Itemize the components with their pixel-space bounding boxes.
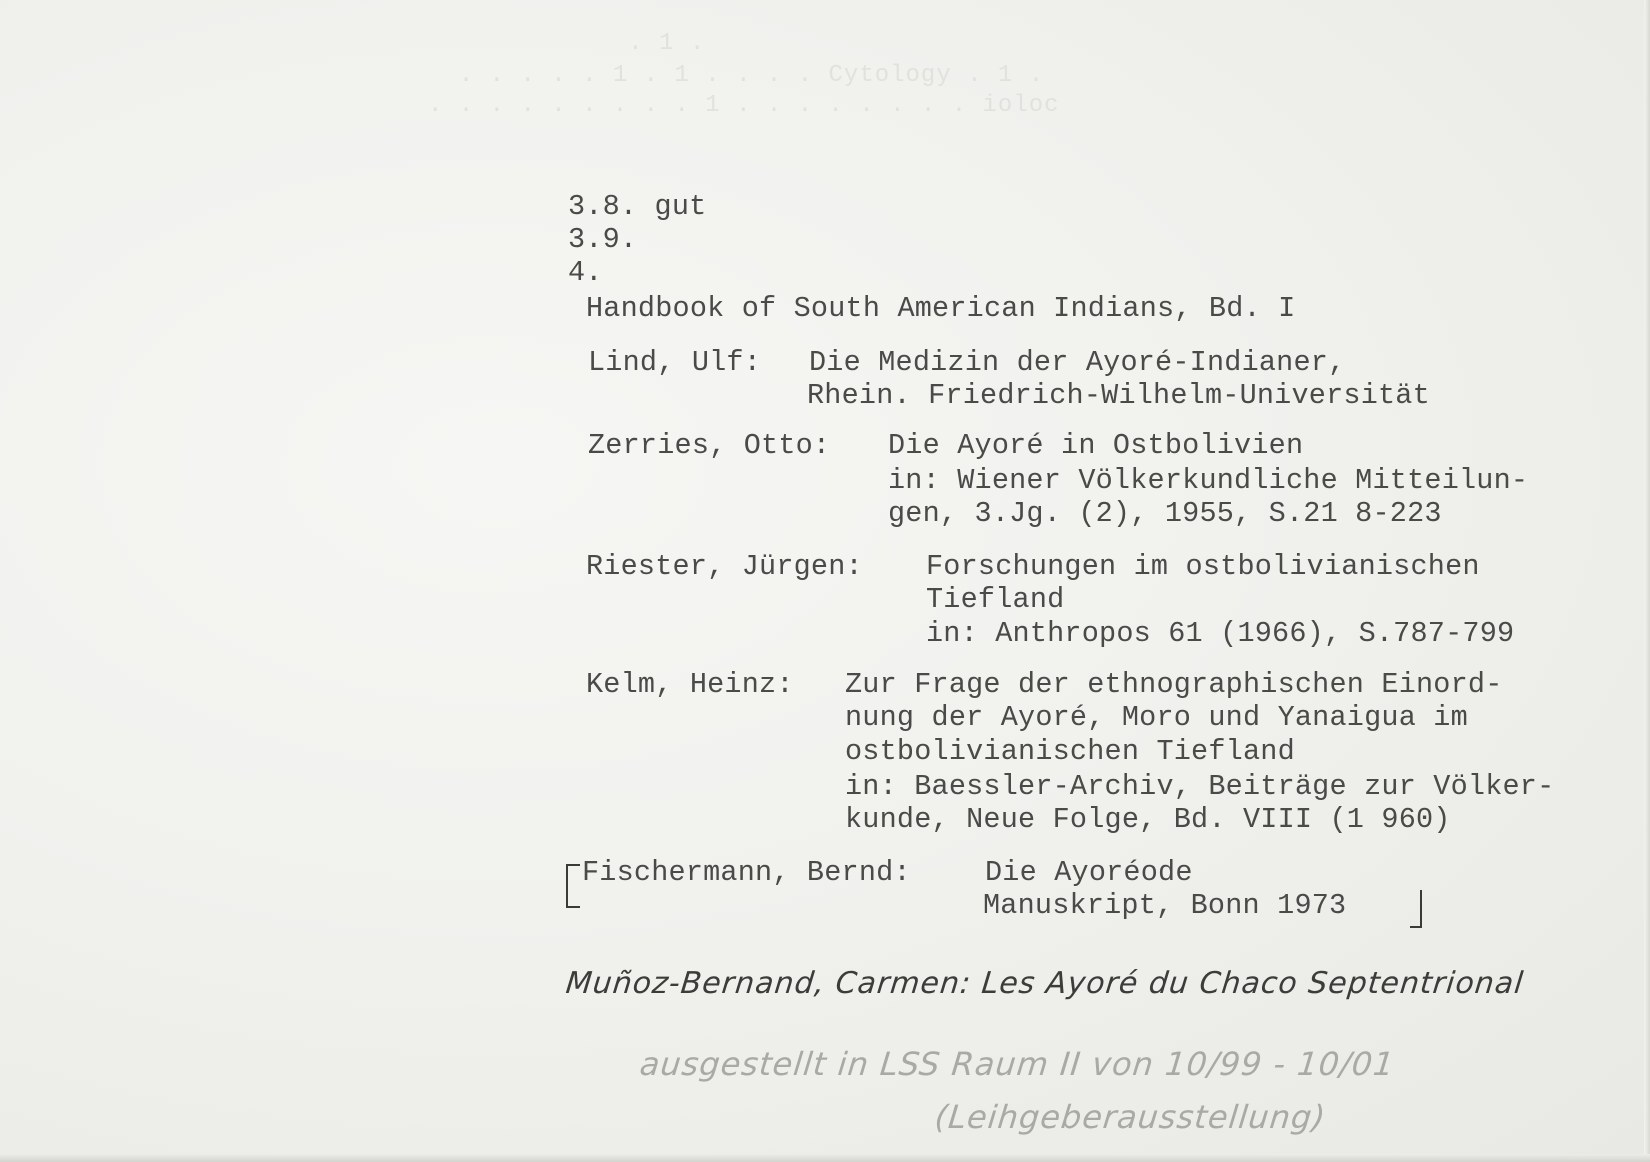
- reference-title: Die Ayoré in Ostbolivien: [888, 429, 1303, 462]
- handwritten-reference: Muñoz-Bernand, Carmen: Les Ayoré du Chac…: [564, 966, 1525, 1001]
- reference-title: Forschungen im ostbolivianischen: [926, 550, 1480, 583]
- ghost-text-line: . . . . . 1 . 1 . . . . Cytology . 1 .: [120, 62, 1044, 89]
- reference-source: in: Anthropos 61 (1966), S.787-799: [926, 617, 1514, 650]
- index-card: . 1 . . . . . . 1 . 1 . . . . Cytology .…: [0, 0, 1650, 1162]
- list-item-4: 4.: [568, 256, 603, 289]
- reference-author-lind: Lind, Ulf:: [588, 346, 761, 379]
- reference-author-riester: Riester, Jürgen:: [586, 550, 863, 583]
- pencil-annotation-loan-exhibition: (Leihgeberausstellung): [933, 1098, 1328, 1136]
- reference-source: in: Wiener Völkerkundliche Mitteilun-: [888, 464, 1528, 497]
- card-edge-right: [1644, 0, 1650, 1162]
- reference-author-fischermann: Fischermann, Bernd:: [582, 856, 911, 889]
- list-number: 3.9.: [568, 223, 637, 256]
- reference-source: Rhein. Friedrich-Wilhelm-Universität: [807, 379, 1430, 412]
- pencil-annotation-exhibited: ausgestellt in LSS Raum II von 10/99 - 1…: [638, 1045, 1397, 1083]
- list-number: 4.: [568, 256, 603, 289]
- list-number: 3.8.: [568, 190, 637, 223]
- reference-title: Tiefland: [926, 583, 1064, 616]
- reference-title: nung der Ayoré, Moro und Yanaigua im: [845, 701, 1468, 734]
- reference-author-zerries: Zerries, Otto:: [588, 429, 830, 462]
- bracket-open-mark: [566, 864, 580, 908]
- list-item-3-9: 3.9.: [568, 223, 637, 256]
- reference-title: Die Medizin der Ayoré-Indianer,: [809, 346, 1345, 379]
- list-item-3-8: 3.8. gut: [568, 190, 706, 223]
- ghost-text-line: . . . . . . . . . 1 . . . . . . . . iolo…: [120, 92, 1060, 119]
- card-edge-bottom: [0, 1154, 1650, 1162]
- reference-title: Die Ayoréode: [985, 856, 1193, 889]
- reference-title: Zur Frage der ethnographischen Einord-: [845, 668, 1503, 701]
- list-note: gut: [655, 190, 707, 223]
- reference-source: gen, 3.Jg. (2), 1955, S.21 8-223: [888, 497, 1442, 530]
- reference-title: ostbolivianischen Tiefland: [845, 735, 1295, 768]
- ghost-text-line: . 1 .: [120, 30, 705, 57]
- bracket-close-mark: [1410, 890, 1422, 928]
- reference-source: in: Baessler-Archiv, Beiträge zur Völker…: [845, 770, 1554, 803]
- reference-source: Manuskript, Bonn 1973: [983, 889, 1346, 922]
- reference-handbook: Handbook of South American Indians, Bd. …: [586, 292, 1295, 325]
- reference-source: kunde, Neue Folge, Bd. VIII (1 960): [845, 803, 1451, 836]
- reference-author-kelm: Kelm, Heinz:: [586, 668, 794, 701]
